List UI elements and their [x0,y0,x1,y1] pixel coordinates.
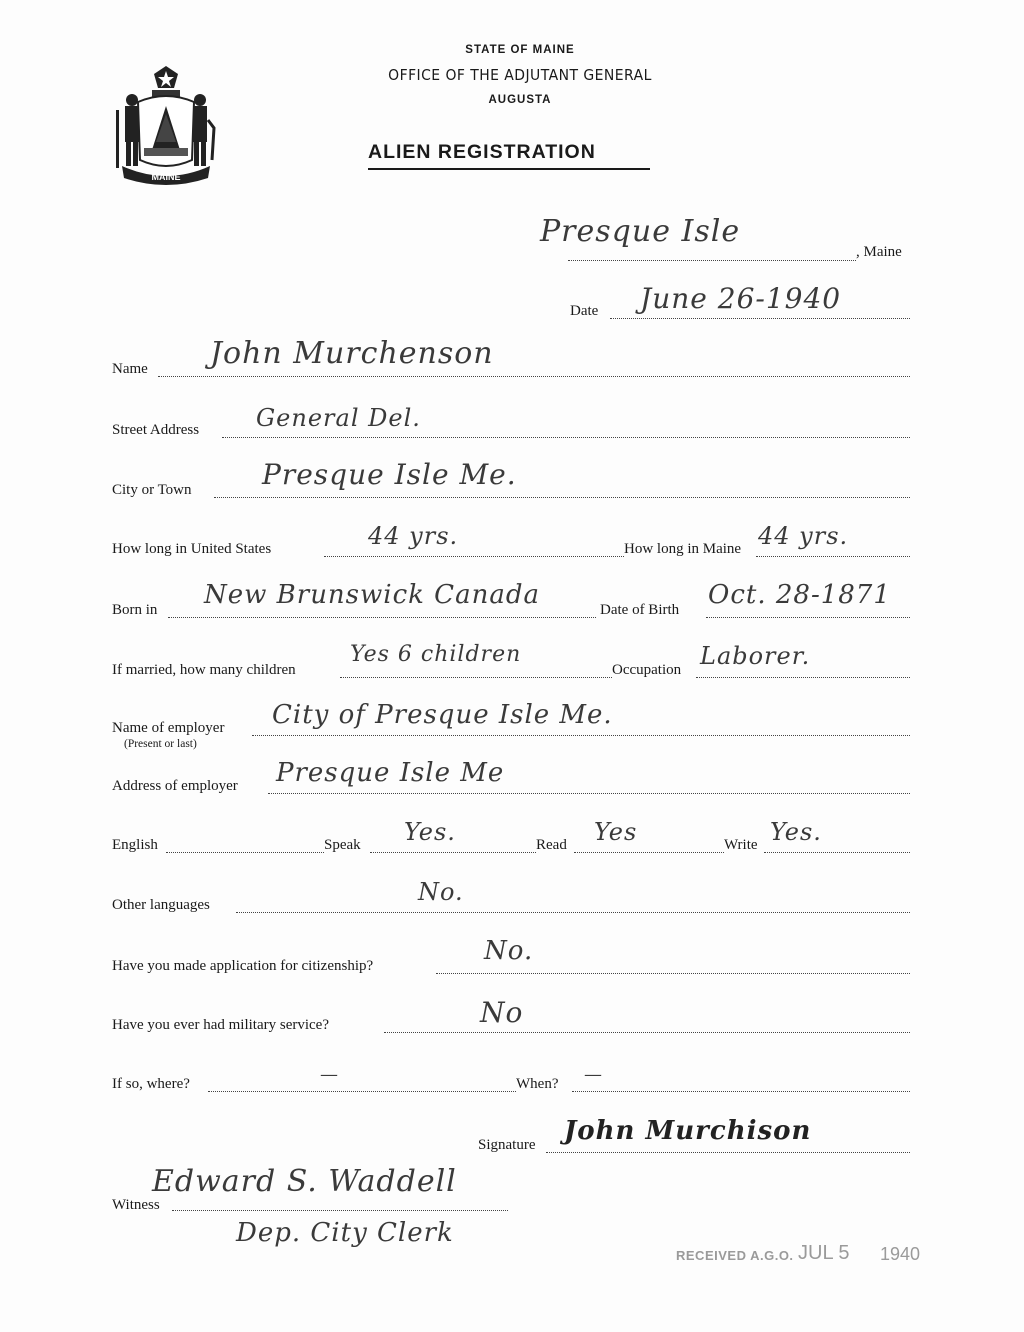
name-line [158,376,910,377]
employer-address-value[interactable]: Presque Isle Me [276,758,504,788]
how-long-us-value[interactable]: 44 yrs. [368,522,458,550]
write-value[interactable]: Yes. [770,818,822,846]
other-languages-label: Other languages [112,897,210,914]
employer-name-label: Name of employer [112,720,224,737]
military-line [384,1032,910,1033]
military-value[interactable]: No [480,996,523,1029]
city-line [214,497,910,498]
write-line [764,852,910,853]
how-long-us-line [324,556,624,557]
received-stamp-text: RECEIVED A.G.O. [676,1248,794,1263]
speak-value[interactable]: Yes. [404,818,456,846]
name-label: Name [112,361,148,378]
name-value[interactable]: John Murchenson [210,336,494,371]
place-suffix: , Maine [856,244,902,261]
street-address-value[interactable]: General Del. [256,404,421,432]
employer-name-value[interactable]: City of Presque Isle Me. [272,700,613,730]
speak-label: Speak [324,837,361,854]
witness-line [172,1210,508,1211]
born-in-value[interactable]: New Brunswick Canada [204,580,540,610]
when-value[interactable]: — [584,1064,603,1085]
place-line [568,260,856,261]
how-long-us-label: How long in United States [112,541,271,558]
employer-name-line [252,735,910,736]
signature-value[interactable]: John Murchison [564,1116,811,1146]
occupation-line [696,677,910,678]
header-office: OFFICE OF THE ADJUTANT GENERAL [322,66,718,84]
read-line [574,852,724,853]
write-label: Write [724,837,758,854]
children-value[interactable]: Yes 6 children [350,642,521,667]
employer-address-line [268,793,910,794]
read-label: Read [536,837,567,854]
city-value[interactable]: Presque Isle Me. [262,458,517,491]
when-line [572,1091,910,1092]
date-label: Date [570,303,598,320]
dob-line [706,617,910,618]
street-address-label: Street Address [112,422,199,439]
date-line [610,318,910,319]
witness-label: Witness [112,1197,160,1214]
dob-value[interactable]: Oct. 28-1871 [708,580,891,610]
city-label: City or Town [112,482,192,499]
employer-name-sublabel: (Present or last) [124,738,197,750]
witness-title: Dep. City Clerk [236,1218,454,1248]
citizenship-label: Have you made application for citizenshi… [112,958,373,975]
children-line [340,677,612,678]
street-address-line [222,437,910,438]
if-so-where-line [208,1091,516,1092]
if-so-where-value[interactable]: — [320,1064,339,1085]
born-in-label: Born in [112,602,157,619]
if-so-where-label: If so, where? [112,1076,190,1093]
read-value[interactable]: Yes [594,818,637,846]
maine-state-seal-icon: MAINE [108,60,224,190]
occupation-label: Occupation [612,662,681,679]
other-languages-line [236,912,910,913]
speak-line [370,852,536,853]
dob-label: Date of Birth [600,602,679,619]
other-languages-value[interactable]: No. [418,878,464,906]
how-long-maine-line [756,556,910,557]
citizenship-value[interactable]: No. [484,936,533,966]
date-value[interactable]: June 26-1940 [640,282,841,315]
header-state: STATE OF MAINE [320,44,720,56]
signature-label: Signature [478,1137,536,1154]
military-label: Have you ever had military service? [112,1017,329,1034]
header-city: AUGUSTA [320,94,720,106]
english-line [166,852,324,853]
form-title: ALIEN REGISTRATION [368,141,596,164]
place-value[interactable]: Presque Isle [540,214,740,249]
received-stamp-year: 1940 [880,1244,920,1265]
when-label: When? [516,1076,558,1093]
born-in-line [168,617,596,618]
how-long-maine-value[interactable]: 44 yrs. [758,522,848,550]
employer-address-label: Address of employer [112,778,238,795]
signature-line [546,1152,910,1153]
witness-value[interactable]: Edward S. Waddell [152,1164,457,1199]
children-label: If married, how many children [112,662,296,679]
occupation-value[interactable]: Laborer. [700,642,810,670]
received-stamp-date: JUL 5 [798,1242,850,1265]
svg-text:MAINE: MAINE [152,172,181,182]
title-underline [368,168,650,170]
how-long-maine-label: How long in Maine [624,541,741,558]
citizenship-line [436,973,910,974]
english-label: English [112,837,158,854]
